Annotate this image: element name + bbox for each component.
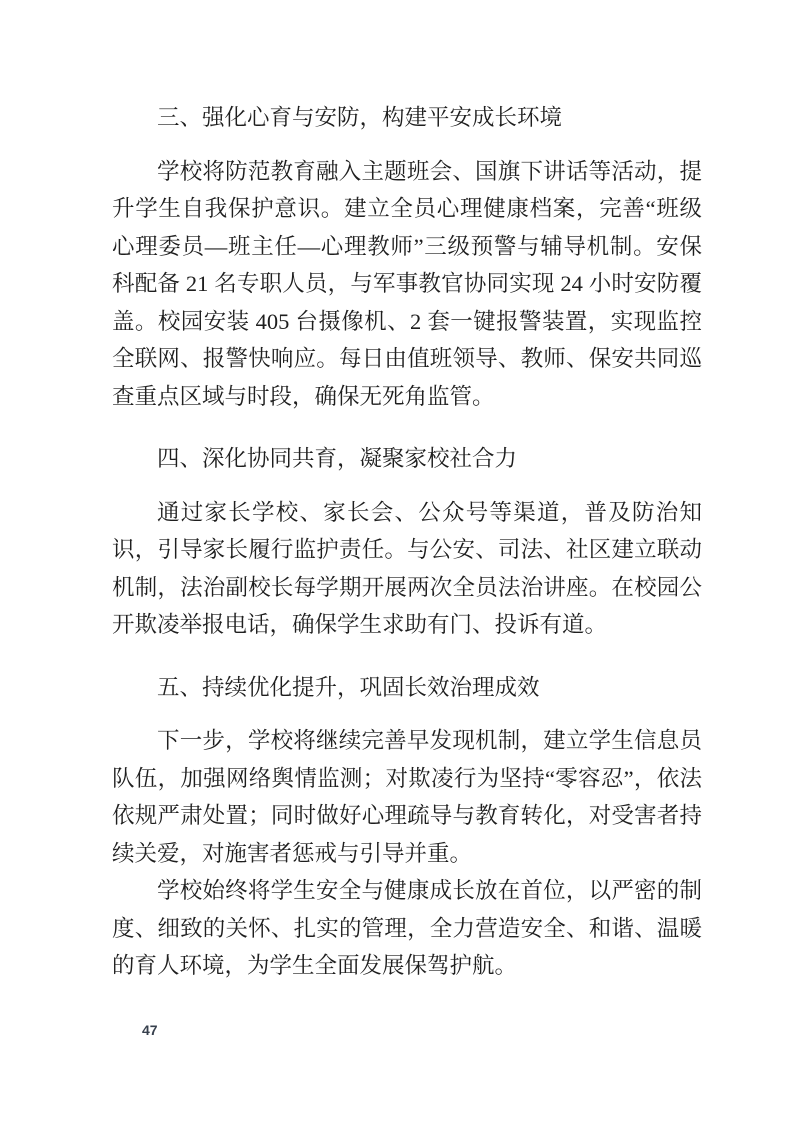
section-heading-4: 四、深化协同共育，凝聚家校社合力 bbox=[112, 440, 702, 478]
section-heading-5: 五、持续优化提升，巩固长效治理成效 bbox=[112, 669, 702, 707]
section-5-paragraph-2: 学校始终将学生安全与健康成长放在首位，以严密的制度、细致的关怀、扎实的管理，全力… bbox=[112, 872, 702, 985]
section-5-paragraph-1: 下一步，学校将继续完善早发现机制，建立学生信息员队伍，加强网络舆情监测；对欺凌行… bbox=[112, 722, 702, 872]
section-4-paragraph-1: 通过家长学校、家长会、公众号等渠道，普及防治知识，引导家长履行监护责任。与公安、… bbox=[112, 494, 702, 644]
page-number: 47 bbox=[142, 1022, 158, 1038]
document-body: 三、强化心育与安防，构建平安成长环境 学校将防范教育融入主题班会、国旗下讲话等活… bbox=[112, 99, 702, 985]
section-heading-3: 三、强化心育与安防，构建平安成长环境 bbox=[112, 99, 702, 137]
section-3-paragraph-1: 学校将防范教育融入主题班会、国旗下讲话等活动，提升学生自我保护意识。建立全员心理… bbox=[112, 153, 702, 416]
document-page: 三、强化心育与安防，构建平安成长环境 学校将防范教育融入主题班会、国旗下讲话等活… bbox=[0, 0, 794, 1123]
